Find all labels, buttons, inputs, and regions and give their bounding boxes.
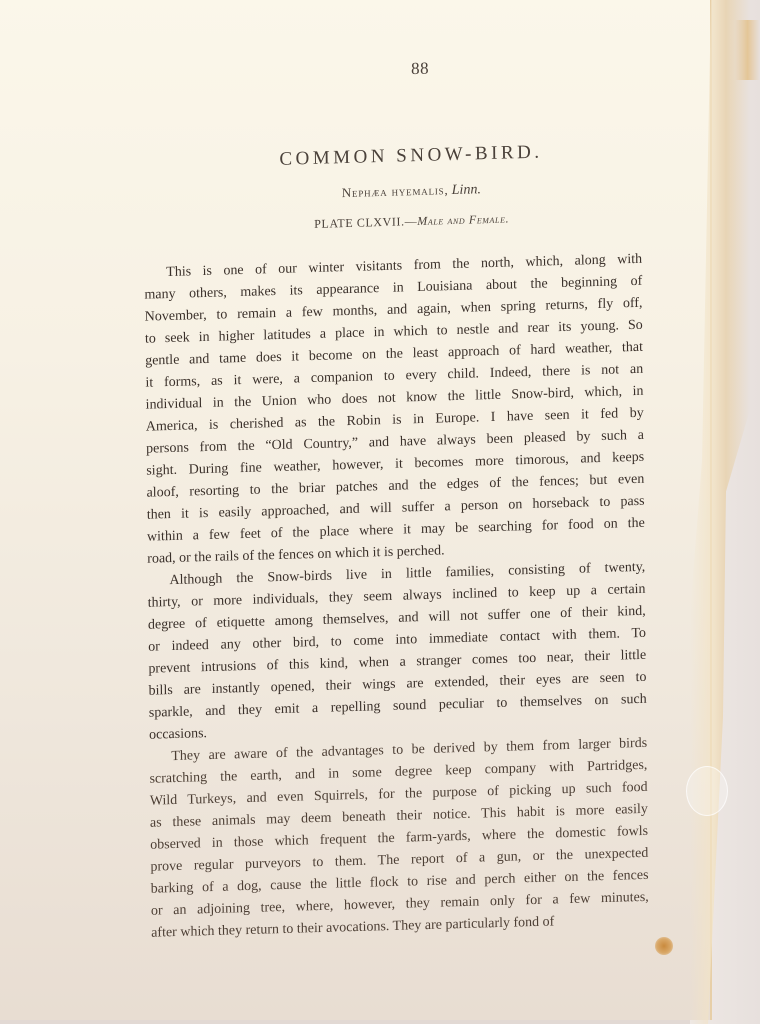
plate-caption: PLATE CLXVII.—Male and Female. (182, 208, 642, 236)
scientific-author: Linn. (452, 182, 481, 198)
paragraph: Although the Snow-birds live in little f… (125, 557, 647, 748)
paragraph: This is one of our winter visitants from… (122, 249, 645, 572)
plate-subject: Male and Female. (417, 211, 509, 228)
page-content: 88 COMMON SNOW-BIRD. Nephæa hyemalis, Li… (120, 53, 649, 946)
latin-name: Nephæa hyemalis, Linn. (181, 177, 641, 207)
light-glare (686, 766, 728, 816)
body-text: This is one of our winter visitants from… (122, 249, 649, 946)
photo-scene: 88 COMMON SNOW-BIRD. Nephæa hyemalis, Li… (0, 0, 760, 1024)
chapter-title: COMMON SNOW-BIRD. (181, 139, 641, 174)
plate-label: PLATE CLXVII.— (314, 214, 417, 231)
paper-stain-spot (655, 937, 673, 955)
paragraph: They are aware of the advantages to be d… (127, 733, 649, 946)
scientific-name: Nephæa hyemalis, (342, 182, 449, 200)
paper-stain-top (735, 20, 760, 80)
